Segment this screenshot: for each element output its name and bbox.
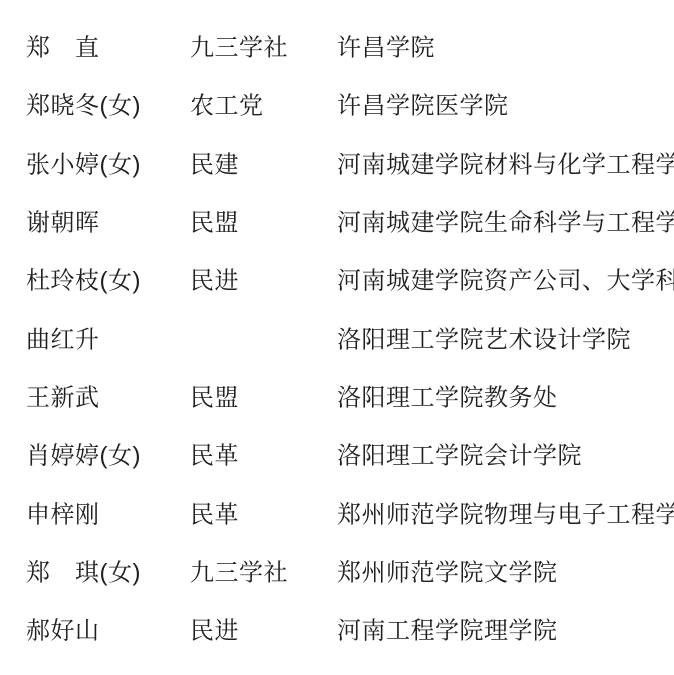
party-affiliation: 民盟 bbox=[190, 203, 239, 238]
institution: 洛阳理工学院会计学院 bbox=[337, 436, 582, 471]
person-name: 郑 琪(女) bbox=[26, 552, 141, 587]
institution: 洛阳理工学院艺术设计学院 bbox=[337, 319, 631, 354]
person-name: 曲红升 bbox=[26, 319, 100, 354]
person-name: 肖婷婷(女) bbox=[26, 436, 141, 471]
table-row: 申梓刚 民革 郑州师范学院物理与电子工程学 bbox=[0, 482, 674, 540]
table-row: 张小婷(女) 民建 河南城建学院材料与化学工程学 bbox=[0, 133, 674, 191]
table-row: 郑 直 九三学社 许昌学院 bbox=[0, 16, 674, 74]
party-affiliation: 民革 bbox=[190, 494, 239, 529]
party-affiliation: 九三学社 bbox=[190, 552, 288, 587]
person-name: 郑晓冬(女) bbox=[26, 86, 141, 121]
person-name: 郑 直 bbox=[26, 28, 100, 63]
table-row: 曲红升 洛阳理工学院艺术设计学院 bbox=[0, 307, 674, 365]
person-name: 张小婷(女) bbox=[26, 144, 141, 179]
institution: 郑州师范学院物理与电子工程学 bbox=[337, 494, 674, 529]
party-affiliation: 民建 bbox=[190, 144, 239, 179]
party-affiliation: 农工党 bbox=[190, 86, 264, 121]
document-page: 郑 直 九三学社 许昌学院 郑晓冬(女) 农工党 许昌学院医学院 张小婷(女) … bbox=[0, 0, 674, 675]
table-row: 谢朝晖 民盟 河南城建学院生命科学与工程学 bbox=[0, 191, 674, 249]
institution: 许昌学院医学院 bbox=[337, 86, 509, 121]
person-name: 杜玲枝(女) bbox=[26, 261, 141, 296]
party-affiliation: 民革 bbox=[190, 436, 239, 471]
person-name: 王新武 bbox=[26, 377, 100, 412]
table-row: 杜玲枝(女) 民进 河南城建学院资产公司、大学科 bbox=[0, 249, 674, 307]
party-affiliation: 民进 bbox=[190, 261, 239, 296]
person-name: 申梓刚 bbox=[26, 494, 100, 529]
table-row: 肖婷婷(女) 民革 洛阳理工学院会计学院 bbox=[0, 424, 674, 482]
party-affiliation: 九三学社 bbox=[190, 28, 288, 63]
name-list-table: 郑 直 九三学社 许昌学院 郑晓冬(女) 农工党 许昌学院医学院 张小婷(女) … bbox=[0, 16, 674, 657]
person-name: 郝好山 bbox=[26, 611, 100, 646]
institution: 河南城建学院材料与化学工程学 bbox=[337, 144, 674, 179]
table-row: 郑晓冬(女) 农工党 许昌学院医学院 bbox=[0, 74, 674, 132]
institution: 郑州师范学院文学院 bbox=[337, 552, 558, 587]
table-row: 郑 琪(女) 九三学社 郑州师范学院文学院 bbox=[0, 541, 674, 599]
institution: 河南城建学院资产公司、大学科 bbox=[337, 261, 674, 296]
party-affiliation: 民进 bbox=[190, 611, 239, 646]
institution: 河南工程学院理学院 bbox=[337, 611, 558, 646]
party-affiliation: 民盟 bbox=[190, 377, 239, 412]
table-row: 王新武 民盟 洛阳理工学院教务处 bbox=[0, 366, 674, 424]
institution: 洛阳理工学院教务处 bbox=[337, 377, 558, 412]
institution: 河南城建学院生命科学与工程学 bbox=[337, 203, 674, 238]
table-row: 郝好山 民进 河南工程学院理学院 bbox=[0, 599, 674, 657]
institution: 许昌学院 bbox=[337, 28, 435, 63]
person-name: 谢朝晖 bbox=[26, 203, 100, 238]
